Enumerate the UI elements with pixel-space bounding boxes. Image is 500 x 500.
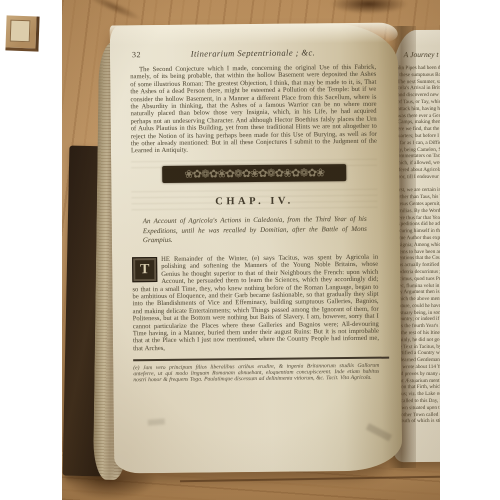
footnote-rule — [133, 357, 389, 361]
wood-knot — [330, 0, 408, 14]
left-page: 32 Itinerarium Septentrionale ; &c. The … — [110, 23, 403, 474]
paragraph-conjecture: The Second Conjecture which I made, conc… — [130, 64, 377, 155]
footnote-latin: (e) Jam vero principum filios liberalibu… — [133, 362, 379, 383]
chapter-heading: CHAP. IV. — [131, 195, 377, 209]
signature-smudge — [148, 418, 165, 425]
chapter-argument: An Account of Agricola's Actions in Cale… — [132, 215, 378, 247]
book-photograph: A Journey t balin Pipes had been discove… — [62, 0, 440, 500]
paragraph-tacitus: THE Remainder of the Winter, (e) says Ta… — [132, 254, 379, 353]
ornament-glyphs: ❀✿❁✿❀✿❁✿❀✿❁✿❀✿❁✿❀ — [184, 167, 324, 179]
page-number: 32 — [132, 50, 141, 59]
picture-frame-mat — [10, 20, 31, 43]
page-header: 32 Itinerarium Septentrionale ; &c. — [130, 47, 376, 61]
catchword-smudge — [366, 423, 392, 441]
drop-cap-initial: T — [132, 257, 157, 282]
running-title: Itinerarium Septentrionale ; &c. — [130, 47, 376, 60]
woodcut-ornament-band: ❀✿❁✿❀✿❁✿❀✿❁✿❀✿❁✿❀ — [162, 164, 346, 183]
picture-frame-corner — [5, 15, 39, 51]
screenshot-canvas: A Journey t balin Pipes had been discove… — [0, 0, 500, 500]
wood-grain-streak — [85, 0, 144, 24]
left-page-text: 32 Itinerarium Septentrionale ; &c. The … — [130, 47, 379, 384]
paragraph-tacitus-text: HE Remainder of the Winter, (e) says Tac… — [132, 254, 379, 352]
